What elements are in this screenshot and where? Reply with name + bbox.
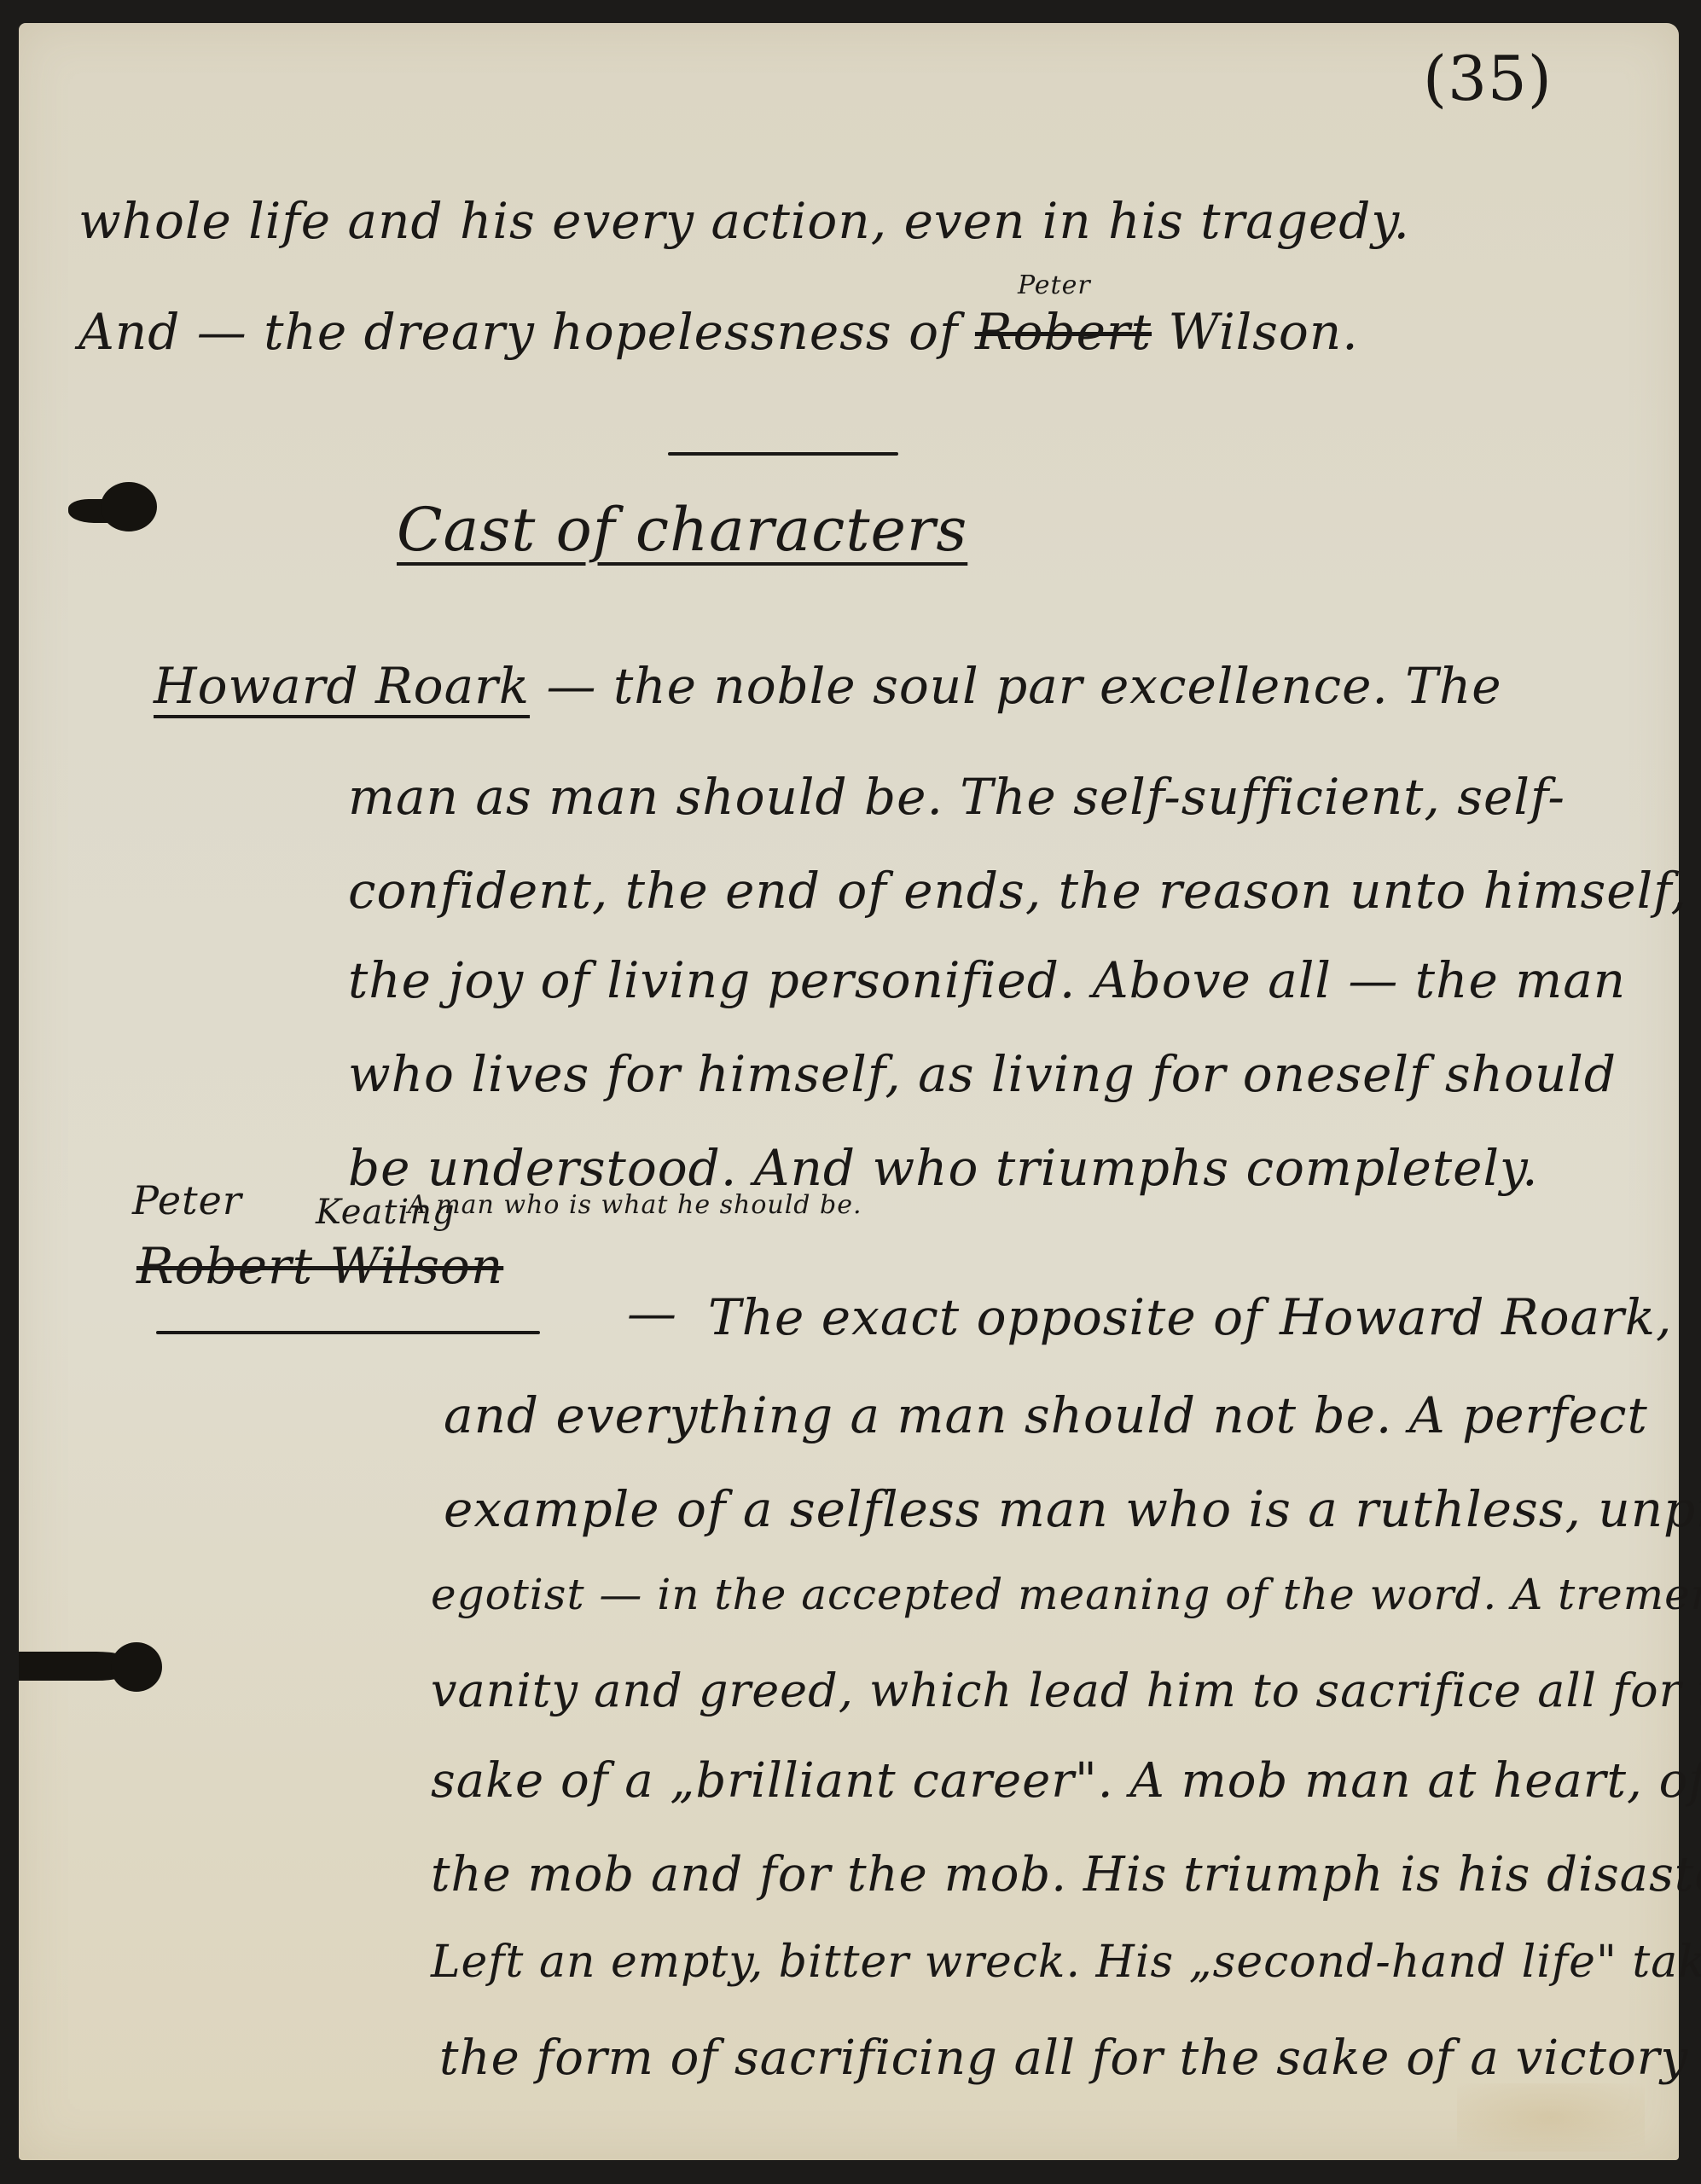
section-divider bbox=[668, 452, 898, 456]
description-line: vanity and greed, which lead him to sacr… bbox=[431, 1664, 1701, 1717]
description-line: the mob and for the mob. His triumph is … bbox=[431, 1847, 1701, 1902]
paper-stain bbox=[1457, 2083, 1645, 2152]
description-line: Left an empty, bitter wreck. His „second… bbox=[431, 1937, 1701, 1988]
description-line: the noble soul par excellence. The bbox=[613, 657, 1502, 715]
description-line: The exact opposite of Howard Roark, bbox=[708, 1288, 1672, 1346]
inserted-word: Peter bbox=[1018, 270, 1091, 300]
page-number: (35) bbox=[1423, 43, 1553, 114]
character-name: Howard Roark bbox=[154, 657, 530, 715]
name-correction: Peter Robert bbox=[975, 303, 1152, 361]
description-line: the form of sacrificing all for the sake… bbox=[439, 2030, 1688, 2086]
intro-line-2-suffix: Wilson. bbox=[1168, 303, 1358, 361]
character-entry-keating: Robert Wilson bbox=[136, 1237, 503, 1295]
punch-hole-bottom bbox=[111, 1642, 162, 1692]
struck-character-name: Robert Wilson bbox=[136, 1237, 503, 1295]
entry-dash: — bbox=[627, 1284, 677, 1342]
description-line: egotist — in the accepted meaning of the… bbox=[431, 1570, 1701, 1619]
description-line: sake of a „brilliant career". A mob man … bbox=[431, 1753, 1701, 1809]
inserted-note: A man who is what he should be. bbox=[408, 1190, 862, 1220]
intro-line-1: whole life and his every action, even in… bbox=[78, 192, 1410, 250]
description-line: who lives for himself, as living for one… bbox=[348, 1045, 1617, 1103]
name-underline bbox=[156, 1331, 540, 1334]
punch-hole-top bbox=[101, 482, 157, 531]
inserted-first-name: Peter bbox=[132, 1177, 242, 1223]
section-heading: Cast of characters bbox=[397, 495, 967, 565]
intro-line-2-prefix: And — the dreary hopelessness of bbox=[78, 303, 959, 361]
intro-line-2: And — the dreary hopelessness of Peter R… bbox=[78, 303, 1359, 361]
character-entry-roark: Howard Roark — the noble soul par excell… bbox=[154, 657, 1502, 715]
inserted-last-name: Keating bbox=[316, 1193, 456, 1232]
description-line: be understood. And who triumphs complete… bbox=[348, 1139, 1539, 1197]
struck-word: Robert bbox=[975, 303, 1152, 361]
description-line: and everything a man should not be. A pe… bbox=[444, 1386, 1648, 1444]
description-line: confident, the end of ends, the reason u… bbox=[348, 862, 1687, 920]
description-line: example of a selfless man who is a ruthl… bbox=[444, 1480, 1701, 1538]
entry-dash: — bbox=[547, 657, 597, 715]
description-line: the joy of living personified. Above all… bbox=[348, 951, 1626, 1009]
description-line: man as man should be. The self-sufficien… bbox=[348, 768, 1565, 826]
